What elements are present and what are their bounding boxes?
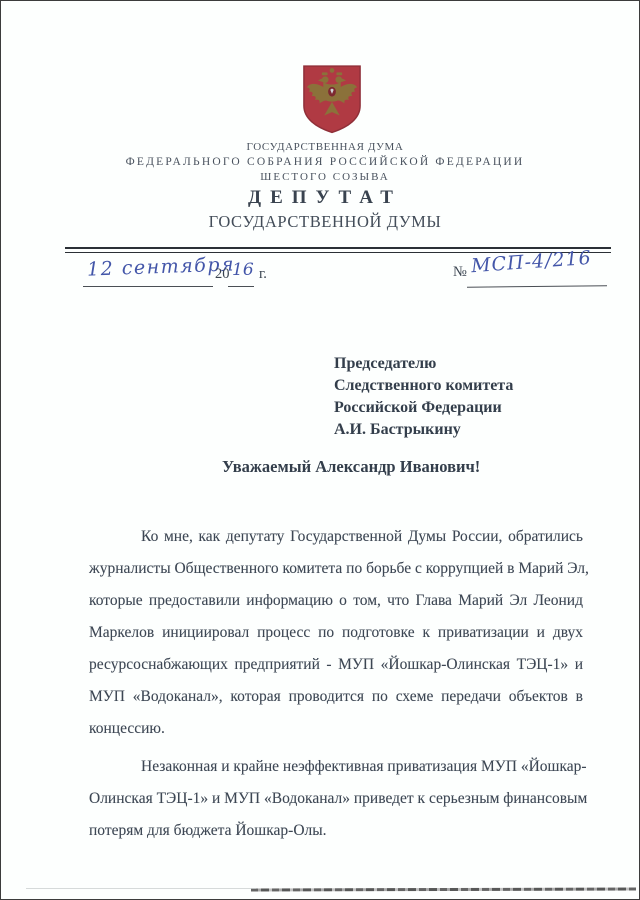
scan-edge-artifact-light [26, 888, 256, 889]
number-underline [467, 285, 607, 287]
body-line: журналисты Общественного комитета по бор… [89, 553, 583, 585]
deputy-title: ДЕПУТАТ [11, 187, 639, 209]
org-name-line3: ШЕСТОГО СОЗЫВА [11, 171, 639, 183]
salutation: Уважаемый Александр Иванович! [222, 457, 480, 477]
russia-coat-of-arms-icon [301, 63, 363, 135]
body-line: Незаконная и крайне неэффективная приват… [89, 751, 583, 783]
letter-body: Ко мне, как депутату Государственной Дум… [89, 521, 583, 847]
year-suffix: г. [259, 266, 267, 283]
body-line: концессию. [89, 713, 583, 745]
addressee-line: Председателю [334, 353, 513, 375]
body-line: которые предоставили информацию о том, ч… [89, 585, 583, 617]
deputy-subtitle: ГОСУДАРСТВЕННОЙ ДУМЫ [11, 212, 639, 232]
body-line: МУП «Водоканал», которая проводится по с… [89, 681, 583, 713]
addressee-line: Российской Федерации [334, 397, 513, 419]
org-name-line1: ГОСУДАРСТВЕННАЯ ДУМА [11, 141, 639, 153]
body-line: Ко мне, как депутату Государственной Дум… [89, 521, 583, 553]
scan-edge-artifact [251, 887, 636, 891]
addressee-line: Следственного комитета [334, 375, 513, 397]
addressee-line: А.И. Бастрыкину [334, 419, 513, 441]
year-prefix: 20 [215, 266, 230, 283]
number-sign: № [453, 264, 467, 281]
body-line: Маркелов инициировал процесс по подготов… [89, 617, 583, 649]
body-line: Олинская ТЭЦ-1» и МУП «Водоканал» привед… [89, 783, 583, 815]
body-line: ресурсоснабжающих предприятий - МУП «Йош… [89, 649, 583, 681]
date-underline [83, 286, 213, 287]
year-underline [228, 286, 254, 287]
body-line: потерям для бюджета Йошкар-Олы. [89, 815, 583, 847]
handwritten-date: 12 сентября [87, 253, 236, 280]
org-name-line2: ФЕДЕРАЛЬНОГО СОБРАНИЯ РОССИЙСКОЙ ФЕДЕРАЦ… [11, 156, 639, 168]
addressee-block: Председателю Следственного комитета Росс… [334, 353, 513, 441]
handwritten-year: 16 [232, 260, 254, 280]
letterhead-rule-top [65, 247, 611, 249]
body-paragraph: Ко мне, как депутату Государственной Дум… [89, 521, 583, 745]
scanned-letter-page: ГОСУДАРСТВЕННАЯ ДУМА ФЕДЕРАЛЬНОГО СОБРАН… [0, 0, 640, 900]
body-paragraph: Незаконная и крайне неэффективная приват… [89, 751, 583, 847]
